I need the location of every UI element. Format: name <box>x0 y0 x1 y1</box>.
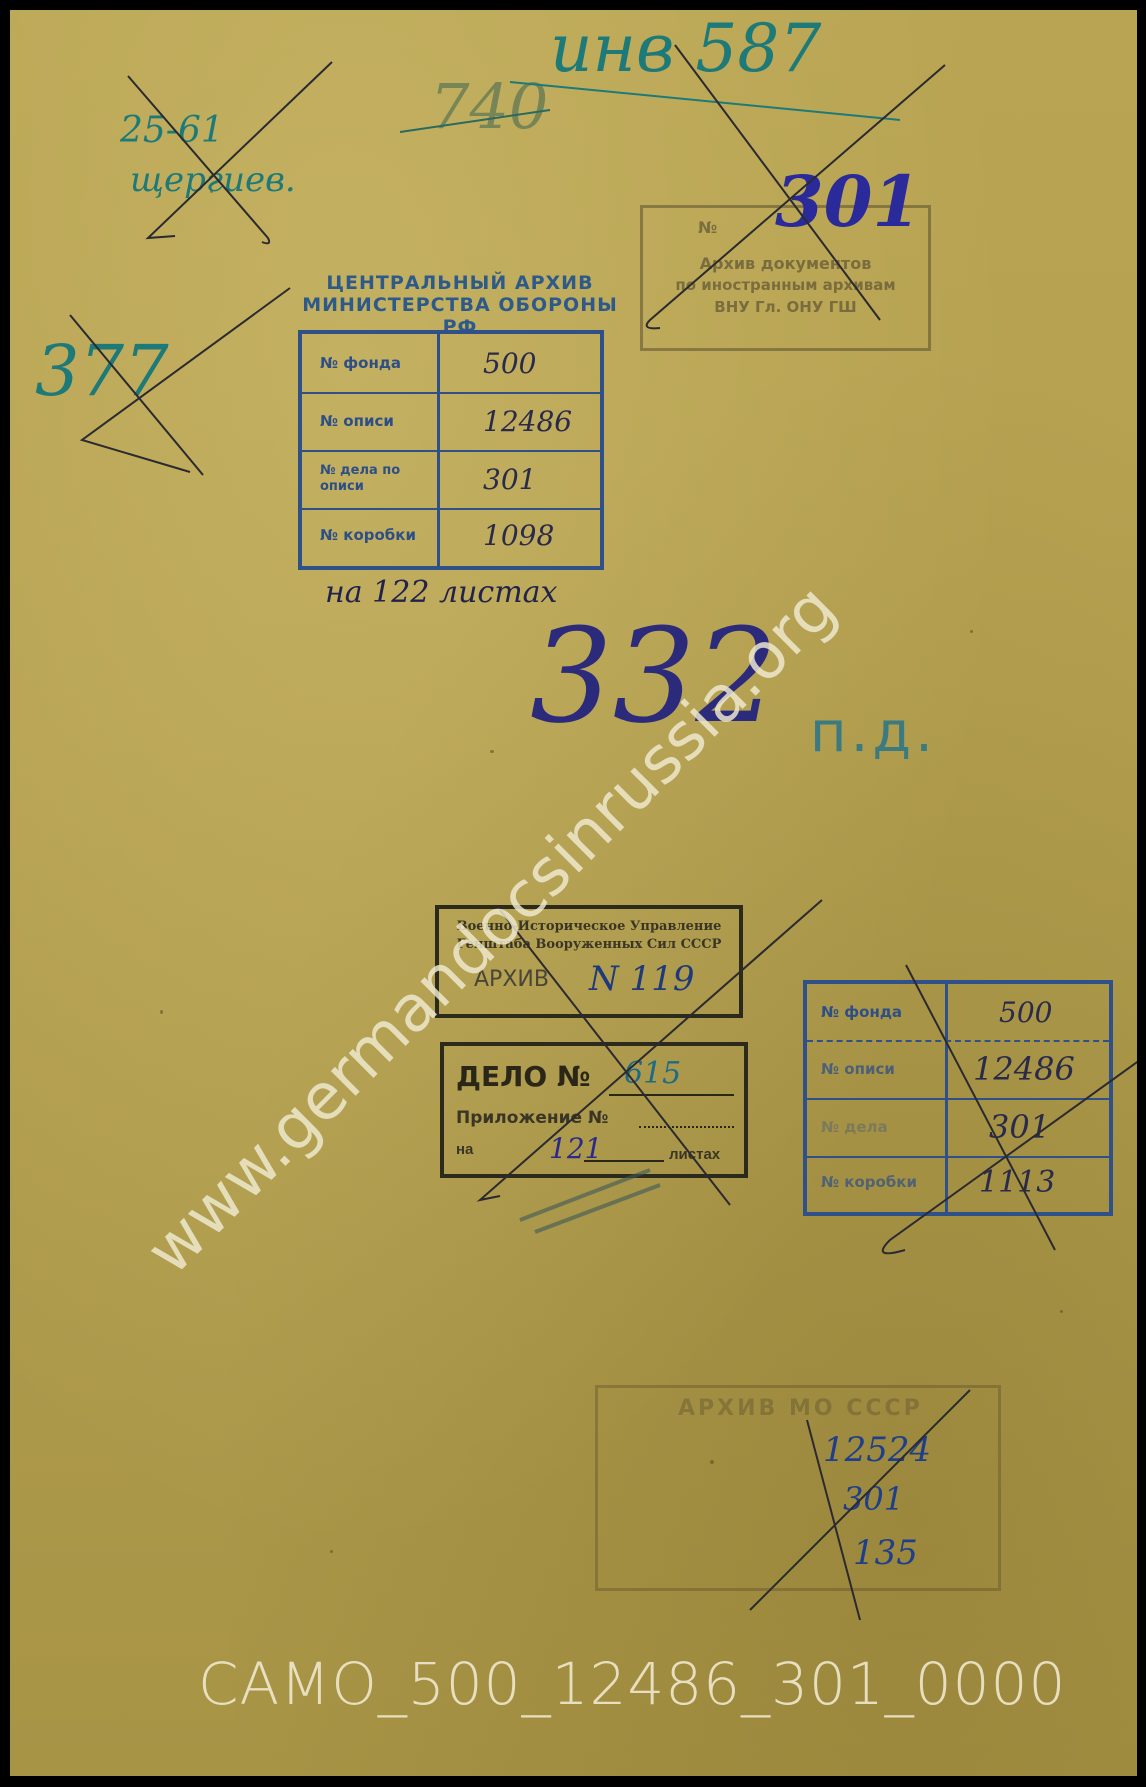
document-page: 25-61 щергиев. 740 инв 587 № Архив докум… <box>10 10 1137 1776</box>
file-caption: CAMO_500_12486_301_0000 <box>198 1650 1066 1718</box>
